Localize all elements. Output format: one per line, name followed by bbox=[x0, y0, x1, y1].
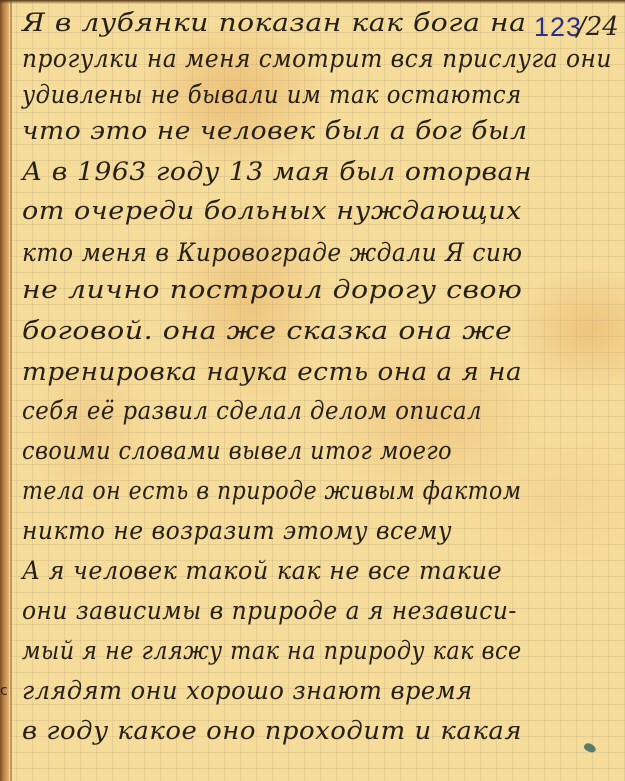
notebook-binding bbox=[0, 0, 9, 781]
page-number: 123 bbox=[534, 12, 582, 43]
text-line: в году какое оно проходит и какая bbox=[22, 716, 522, 745]
text-line: тренировка наука есть она а я на bbox=[22, 357, 522, 386]
text-line: тела он есть в природе живым фактом bbox=[22, 476, 521, 505]
text-line: прогулки на меня смотрит вся прислуга он… bbox=[22, 44, 612, 73]
text-line: глядят они хорошо знают время bbox=[22, 676, 473, 705]
text-line: от очереди больных нуждающих bbox=[22, 196, 522, 225]
ink-smudge bbox=[583, 741, 597, 754]
page-number-suffix: /24 bbox=[577, 12, 619, 42]
margin-mark: c bbox=[0, 683, 8, 699]
text-line: себя её развил сделал делом описал bbox=[22, 396, 482, 425]
margin-line bbox=[10, 0, 12, 781]
text-line: мый я не гляжу так на природу как все bbox=[22, 636, 522, 665]
notebook-page: 123 /24 c Я в лубянки показан как бога н… bbox=[0, 0, 625, 781]
text-line: не лично построил дорогу свою bbox=[22, 275, 522, 304]
page-top-edge bbox=[0, 0, 625, 4]
text-line: боговой. она же сказка она же bbox=[22, 316, 512, 345]
text-line: А я человек такой как не все такие bbox=[22, 556, 502, 585]
text-line: они зависимы в природе а я независи- bbox=[22, 596, 517, 625]
text-line: Я в лубянки показан как бога на bbox=[22, 8, 526, 37]
text-line: удивлены не бывали им так остаются bbox=[22, 80, 522, 109]
text-line: что это не человек был а бог был bbox=[22, 116, 528, 145]
text-line: А в 1963 году 13 мая был оторван bbox=[22, 157, 532, 186]
text-line: никто не возразит этому всему bbox=[22, 516, 452, 545]
text-line: своими словами вывел итог моего bbox=[22, 436, 452, 465]
text-line: кто меня в Кировограде ждали Я сию bbox=[22, 238, 522, 267]
